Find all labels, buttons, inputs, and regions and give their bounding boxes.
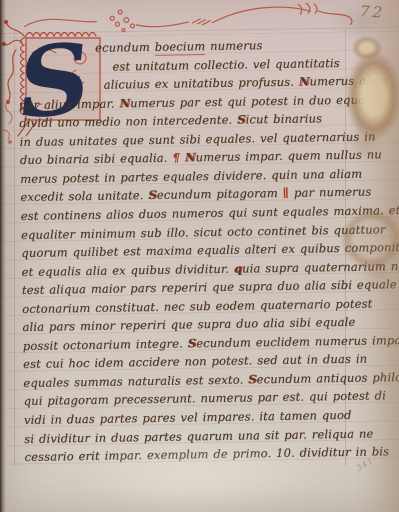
manuscript-line: qui pitagoram precesserunt. numerus par … [24, 389, 386, 409]
manuscript-line: alicuius ex unitatibus profusus. Numerus… [104, 73, 388, 91]
text-segment: si dividitur in duas partes quarum una s… [24, 426, 373, 445]
text-segment: equales summas naturalis est sexto. [23, 372, 248, 390]
manuscript-line: possit octonarium integre. Secundum eucl… [23, 333, 399, 353]
text-segment: N [119, 96, 130, 110]
text-segment: est unitatum collectio. vel quantitatis [112, 56, 340, 74]
text-segment: octonarium constituat. nec sub eodem qua… [22, 296, 372, 315]
manuscript-line: est unitatum collectio. vel quantitatis [112, 56, 340, 74]
manuscript-line: alia pars minor reperiri que supra duo a… [22, 315, 355, 334]
text-segment: numerus [205, 38, 262, 53]
manuscript-line: in duas unitates que sunt sibi equales. … [19, 129, 375, 149]
manuscript-line: par alius impar. Numerus par est qui pot… [19, 92, 365, 111]
text-segment: dividi uno medio non intercedente. [19, 113, 237, 130]
text-segment: ¶ [172, 151, 185, 165]
manuscript-line: est cui hoc idem accidere non potest. se… [23, 352, 367, 371]
text-segment: ecundum antiquos philosophos [256, 369, 399, 386]
manuscript-line: est continens alios duos numeros qui sun… [21, 203, 399, 223]
text-segment: ecundum pitagoram [157, 186, 283, 202]
text-segment: possit octonarium integre. [23, 336, 188, 353]
text-segment: par numerus [294, 185, 372, 200]
manuscript-page: S ecundum boecium numerusest unitatum co… [0, 0, 399, 512]
manuscript-line: et equalis alia ex quibus dividitur. qui… [21, 258, 399, 278]
text-segment: umerus par est qui potest in duo equa [130, 92, 365, 110]
photo-edge-left [0, 0, 6, 512]
text-segment: et equalis alia ex quibus dividitur. [21, 261, 233, 278]
text-segment: est continens alios duos numeros qui sun… [21, 203, 399, 223]
text-segment: alia pars minor reperiri que supra duo a… [22, 315, 355, 334]
manuscript-line: excedit sola unitate. Secundum pitagoram… [20, 185, 371, 205]
text-segment: N [299, 75, 310, 89]
text-segment: test aliqua maior pars reperiri que supr… [22, 277, 397, 297]
foliage-left-margin [8, 50, 16, 102]
text-segment: quorum quilibet est maxima equalis alter… [21, 240, 399, 260]
text-segment: vidi in duas partes pares vel impares. i… [24, 408, 352, 427]
manuscript-line: vidi in duas partes pares vel impares. i… [24, 408, 352, 427]
text-segment: alicuius ex unitatibus profusus. [104, 75, 299, 92]
text-segment: merus potest in partes equales dividere.… [20, 166, 362, 185]
manuscript-line: dividi uno medio non intercedente. Sicut… [19, 111, 322, 130]
text-segment: equaliter minimum sub illo. sicut octo c… [21, 222, 386, 242]
text-segment: qui pitagoram precesserunt. numerus par … [24, 389, 386, 409]
penwork-flourish [0, 0, 399, 38]
manuscript-line: merus potest in partes equales dividere.… [20, 166, 362, 185]
text-segment: excedit sola unitate. [20, 188, 148, 204]
foliage-top-left [6, 22, 26, 38]
manuscript-line: si dividitur in duas partes quarum una s… [24, 426, 373, 445]
text-segment: icut binarius [245, 111, 322, 126]
manuscript-line: ecundum boecium numerus [95, 38, 263, 55]
text-segment: cessario erit impar. exemplum de primo. … [24, 444, 389, 464]
text-segment: ecundum [95, 40, 155, 55]
text-segment: est cui hoc idem accidere non potest. se… [23, 352, 367, 371]
text-segment: uia supra quaternarium non po [242, 258, 399, 275]
text-segment: umerus alius [309, 73, 387, 88]
manuscript-line: octonarium constituat. nec sub eodem qua… [22, 296, 372, 315]
manuscript-line: equaliter minimum sub illo. sicut octo c… [21, 222, 386, 242]
text-segment: N [185, 151, 196, 165]
manuscript-line: quorum quilibet est maxima equalis alter… [21, 240, 399, 260]
ruling-top-line [0, 27, 399, 34]
left-margin-rule [14, 30, 15, 466]
text-segment: boecium [155, 39, 206, 56]
folio-number: 72 [359, 2, 385, 22]
text-segment: ∥ [282, 186, 294, 200]
text-segment: par alius impar. [19, 96, 120, 112]
text-segment: duo binaria sibi equalia. [20, 151, 173, 167]
text-segment: ecundum euclidem numerus impar [196, 333, 399, 350]
manuscript-line: duo binaria sibi equalia. ¶ Numerus impa… [20, 148, 382, 168]
text-block: ecundum boecium numerusest unitatum coll… [18, 37, 365, 472]
text-segment: umerus impar. quem nullus nu [195, 148, 381, 165]
manuscript-line: equales summas naturalis est sexto. Secu… [23, 369, 399, 390]
text-segment: in duas unitates que sunt sibi equales. … [19, 129, 375, 149]
margin-penwork [0, 96, 18, 148]
manuscript-line: cessario erit impar. exemplum de primo. … [24, 444, 389, 464]
manuscript-line: test aliqua maior pars reperiri que supr… [22, 277, 397, 297]
